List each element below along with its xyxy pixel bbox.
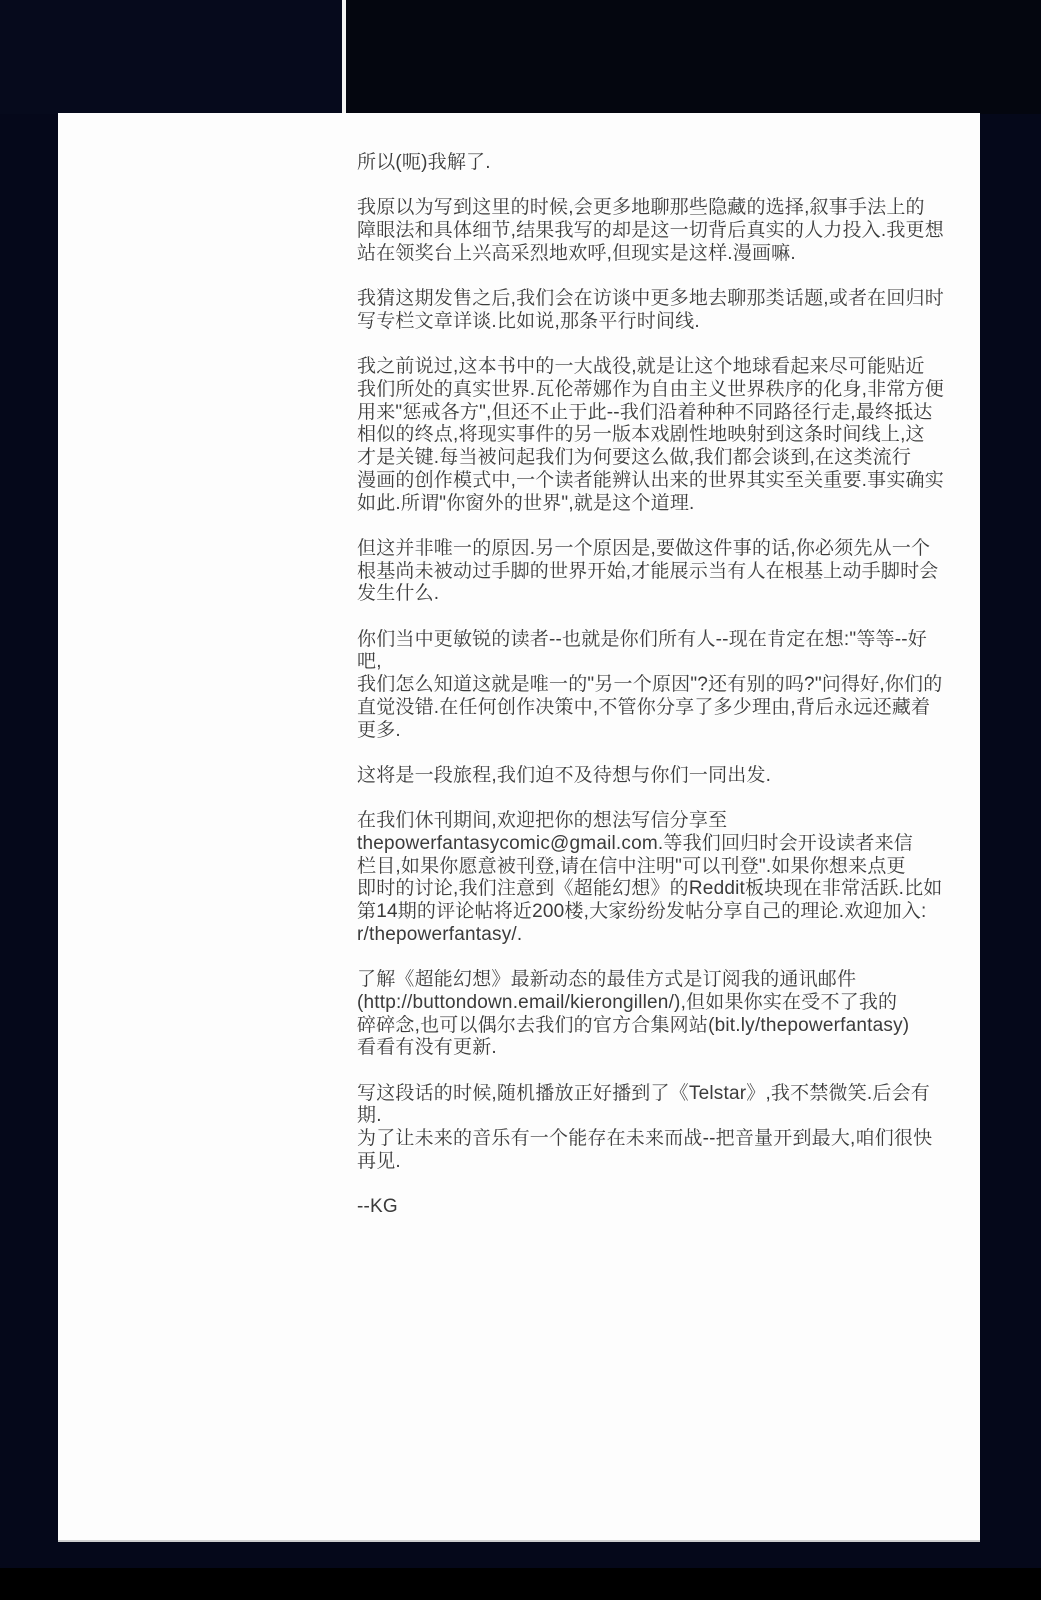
panel-gutter-line [342, 0, 346, 114]
paragraph-1: 所以(呃)我解了. [357, 152, 949, 175]
paragraph-10: 写这段话的时候,随机播放正好播到了《Telstar》,我不禁微笑.后会有期. 为… [357, 1083, 949, 1174]
top-left-panel [0, 0, 342, 114]
paragraph-9: 了解《超能幻想》最新动态的最佳方式是订阅我的通讯邮件 (http://butto… [357, 969, 949, 1060]
top-right-panel [346, 0, 1041, 114]
backmatter-page: 所以(呃)我解了. 我原以为写到这里的时候,会更多地聊那些隐藏的选择,叙事手法上… [58, 113, 980, 1542]
bottom-black-band [0, 1568, 1041, 1600]
backmatter-text: 所以(呃)我解了. 我原以为写到这里的时候,会更多地聊那些隐藏的选择,叙事手法上… [357, 152, 949, 1219]
comic-page-background: 所以(呃)我解了. 我原以为写到这里的时候,会更多地聊那些隐藏的选择,叙事手法上… [0, 0, 1041, 1600]
paragraph-3: 我猜这期发售之后,我们会在访谈中更多地去聊那类话题,或者在回归时 写专栏文章详谈… [357, 288, 949, 333]
paragraph-8: 在我们休刊期间,欢迎把你的想法写信分享至 thepowerfantasycomi… [357, 810, 949, 946]
paragraph-2: 我原以为写到这里的时候,会更多地聊那些隐藏的选择,叙事手法上的 障眼法和具体细节… [357, 197, 949, 265]
paragraph-4: 我之前说过,这本书中的一大战役,就是让这个地球看起来尽可能贴近 我们所处的真实世… [357, 356, 949, 515]
paragraph-6: 你们当中更敏锐的读者--也就是你们所有人--现在肯定在想:"等等--好吧, 我们… [357, 629, 949, 743]
author-signature: --KG [357, 1196, 949, 1219]
paragraph-7: 这将是一段旅程,我们迫不及待想与你们一同出发. [357, 765, 949, 788]
paragraph-5: 但这并非唯一的原因.另一个原因是,要做这件事的话,你必须先从一个 根基尚未被动过… [357, 538, 949, 606]
